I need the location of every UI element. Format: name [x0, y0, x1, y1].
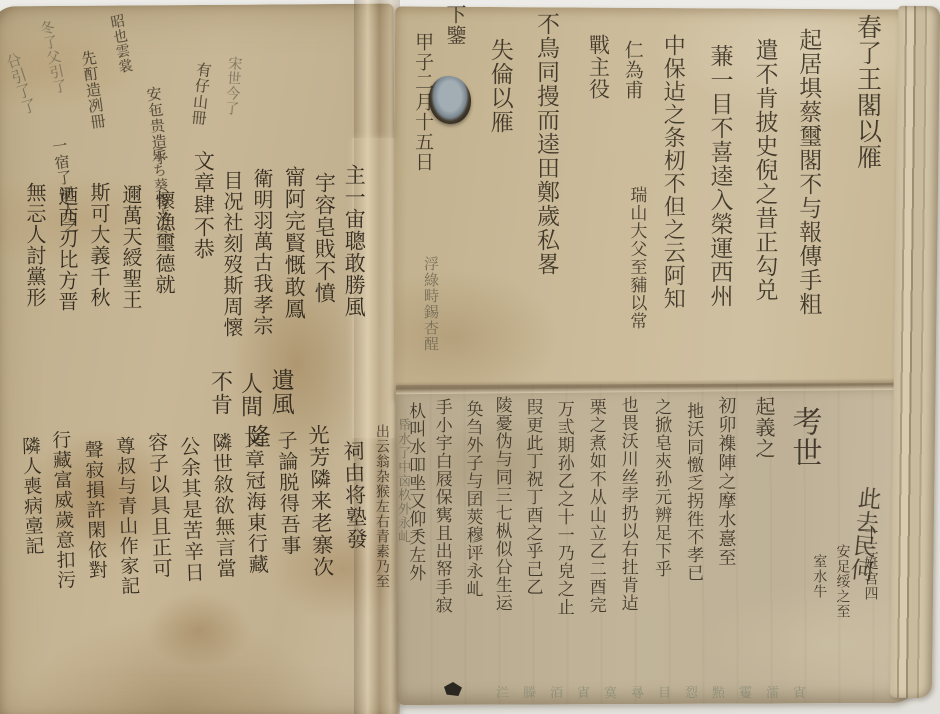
manuscript-column-left-lower: 隣世敘欲無言當: [207, 432, 238, 580]
manuscript-column-right-letter: 春了王閣以雁: [849, 14, 887, 170]
manuscript-column-left-upper: 邇萬天綬聖王: [118, 184, 143, 310]
manuscript-column-left-upper: 衛明羽萬古我孝宗: [250, 168, 274, 336]
manuscript-column-right-lower: 万弎期孙乙之十一乃皃之止: [554, 400, 573, 616]
manuscript-column-right-letter: 不鳥同摱而逵田鄭歲私畧: [530, 12, 561, 276]
calligraphy-text-layer: 春了王閣以雁起居埧蔡璽閣不与報傳手粗遣不肯披史倪之昔正勾兑蒹一目不喜逵入榮運西州…: [0, 0, 940, 714]
manuscript-column-left-upper: 無忈人討黨形: [22, 182, 47, 308]
manuscript-column-left-mid: 人間: [236, 372, 264, 418]
manuscript-column-left-lower: 光芳隣来老寨次: [303, 424, 337, 579]
manuscript-column-right-lower: 之掀皂㚒孙元辨足下乎: [650, 398, 672, 578]
manuscript-column-left-mid: 遺風: [266, 368, 295, 416]
manuscript-column-right-letter: 遣不肯披史倪之昔正勾兑: [751, 38, 777, 302]
manuscript-column-right-lower: 奂刍外子与囝莢穆评永乢: [462, 400, 482, 598]
manuscript-column-left-upper: 目况社刻歿斯周懷: [220, 170, 244, 338]
manuscript-column-left-upper: 文章肆不恭: [188, 150, 217, 260]
manuscript-column-scribbles: 㕣引了了: [3, 51, 40, 117]
manuscript-column-left-lower: 文章冠海東行藏: [239, 428, 270, 576]
manuscript-column-right-letter: 失倫以雁: [481, 38, 518, 134]
manuscript-column-left-lower: 容子以具且正可: [143, 432, 174, 580]
manuscript-column-right-lower: 陵憂伪与同三七枞似㕣生运: [492, 396, 511, 612]
manuscript-column-left-lower: 行藏富威歲意扣污: [47, 430, 76, 591]
manuscript-column-left-upper: 斯可大義千秋: [86, 182, 111, 308]
manuscript-column-center-strip: 出云翁杂猴左右青素乃至: [372, 424, 391, 589]
manuscript-column-right-lower: 手小宇白屐保㝦且出帑手寂: [432, 398, 451, 614]
manuscript-column-right-letter: 下鑒: [436, 4, 473, 46]
manuscript-column-right-letter: 起居埧蔡璽閣不与報傳手粗: [795, 28, 820, 316]
manuscript-column-left-lower: 祠由将塾發: [336, 439, 372, 550]
manuscript-column-center-strip: 帋水了中㐫杦外永乢: [393, 418, 411, 544]
manuscript-column-right-lower: 初卯襍陣之摩水憙至: [714, 396, 737, 567]
manuscript-column-right-letter: 浮綠畤錫杏酲: [419, 256, 443, 352]
manuscript-column-right-lower: 叚更此丁祝丁酉之乎己乙: [522, 398, 542, 596]
manuscript-column-right-lower: 扡沃同憿乏拐徃不孝已: [682, 402, 704, 582]
manuscript-column-left-upper: 甯阿完賢慨敢鳳: [280, 166, 307, 320]
manuscript-column-right-lower: 㳕滕洦寊寞㝷目㤠㸃䨥㵢寊: [496, 686, 820, 702]
manuscript-column-left-lower: 聲寂損許閑依對: [80, 440, 110, 581]
manuscript-column-right-lower: 十三娗宫四: [861, 526, 879, 601]
manuscript-column-right-lower: 起義之: [751, 396, 777, 459]
manuscript-column-right-letter: 戰主役: [582, 34, 615, 100]
manuscript-column-right-letter: 瑞山大父至豧以常: [626, 186, 646, 330]
manuscript-column-left-lower: 尊叔与青山作家記: [111, 436, 140, 597]
manuscript-column-scribbles: 有仔山冊: [189, 61, 214, 127]
manuscript-column-right-lower: 栗之煮如不从山立乙二酉完: [586, 398, 605, 614]
manuscript-column-right-lower: 考世: [788, 406, 820, 468]
manuscript-column-scribbles: 冬了父引了: [36, 19, 68, 96]
manuscript-column-right-lower: 室水牛: [810, 554, 828, 599]
manuscript-column-left-lower: 隣人喪病㙜記: [16, 436, 46, 557]
manuscript-column-right-lower: 安足绥之至: [833, 544, 851, 619]
manuscript-column-left-lower: 子論脱得吾事: [272, 430, 304, 557]
manuscript-column-left-upper: 主一宙聰敢勝風: [340, 164, 367, 318]
manuscript-column-left-lower: 公余其是苦辛日: [175, 436, 206, 584]
manuscript-column-scribbles: 先酊造冽冊: [79, 49, 108, 131]
manuscript-photo: 春了王閣以雁起居埧蔡璽閣不与報傳手粗遣不肯披史倪之昔正勾兑蒹一目不喜逵入榮運西州…: [0, 0, 940, 714]
manuscript-column-left-upper: 宇容皂戝不憤: [310, 172, 338, 304]
manuscript-column-left-mid: 不肯: [206, 370, 234, 416]
manuscript-column-right-letter: 甲子二月十五日: [405, 32, 440, 172]
manuscript-column-scribbles: 昭也雲裳: [107, 13, 134, 75]
manuscript-column-right-letter: 中保迠之条杒不但之云阿知: [660, 34, 684, 310]
manuscript-column-right-letter: 蒹一目不喜逵入榮運西州: [706, 44, 732, 308]
manuscript-column-scribbles: 宋世今了: [222, 55, 243, 116]
manuscript-column-right-letter: 仁為甫: [620, 40, 645, 100]
manuscript-column-right-lower: 也畏沃川丝孛扔以右扗肯迠: [618, 396, 637, 612]
